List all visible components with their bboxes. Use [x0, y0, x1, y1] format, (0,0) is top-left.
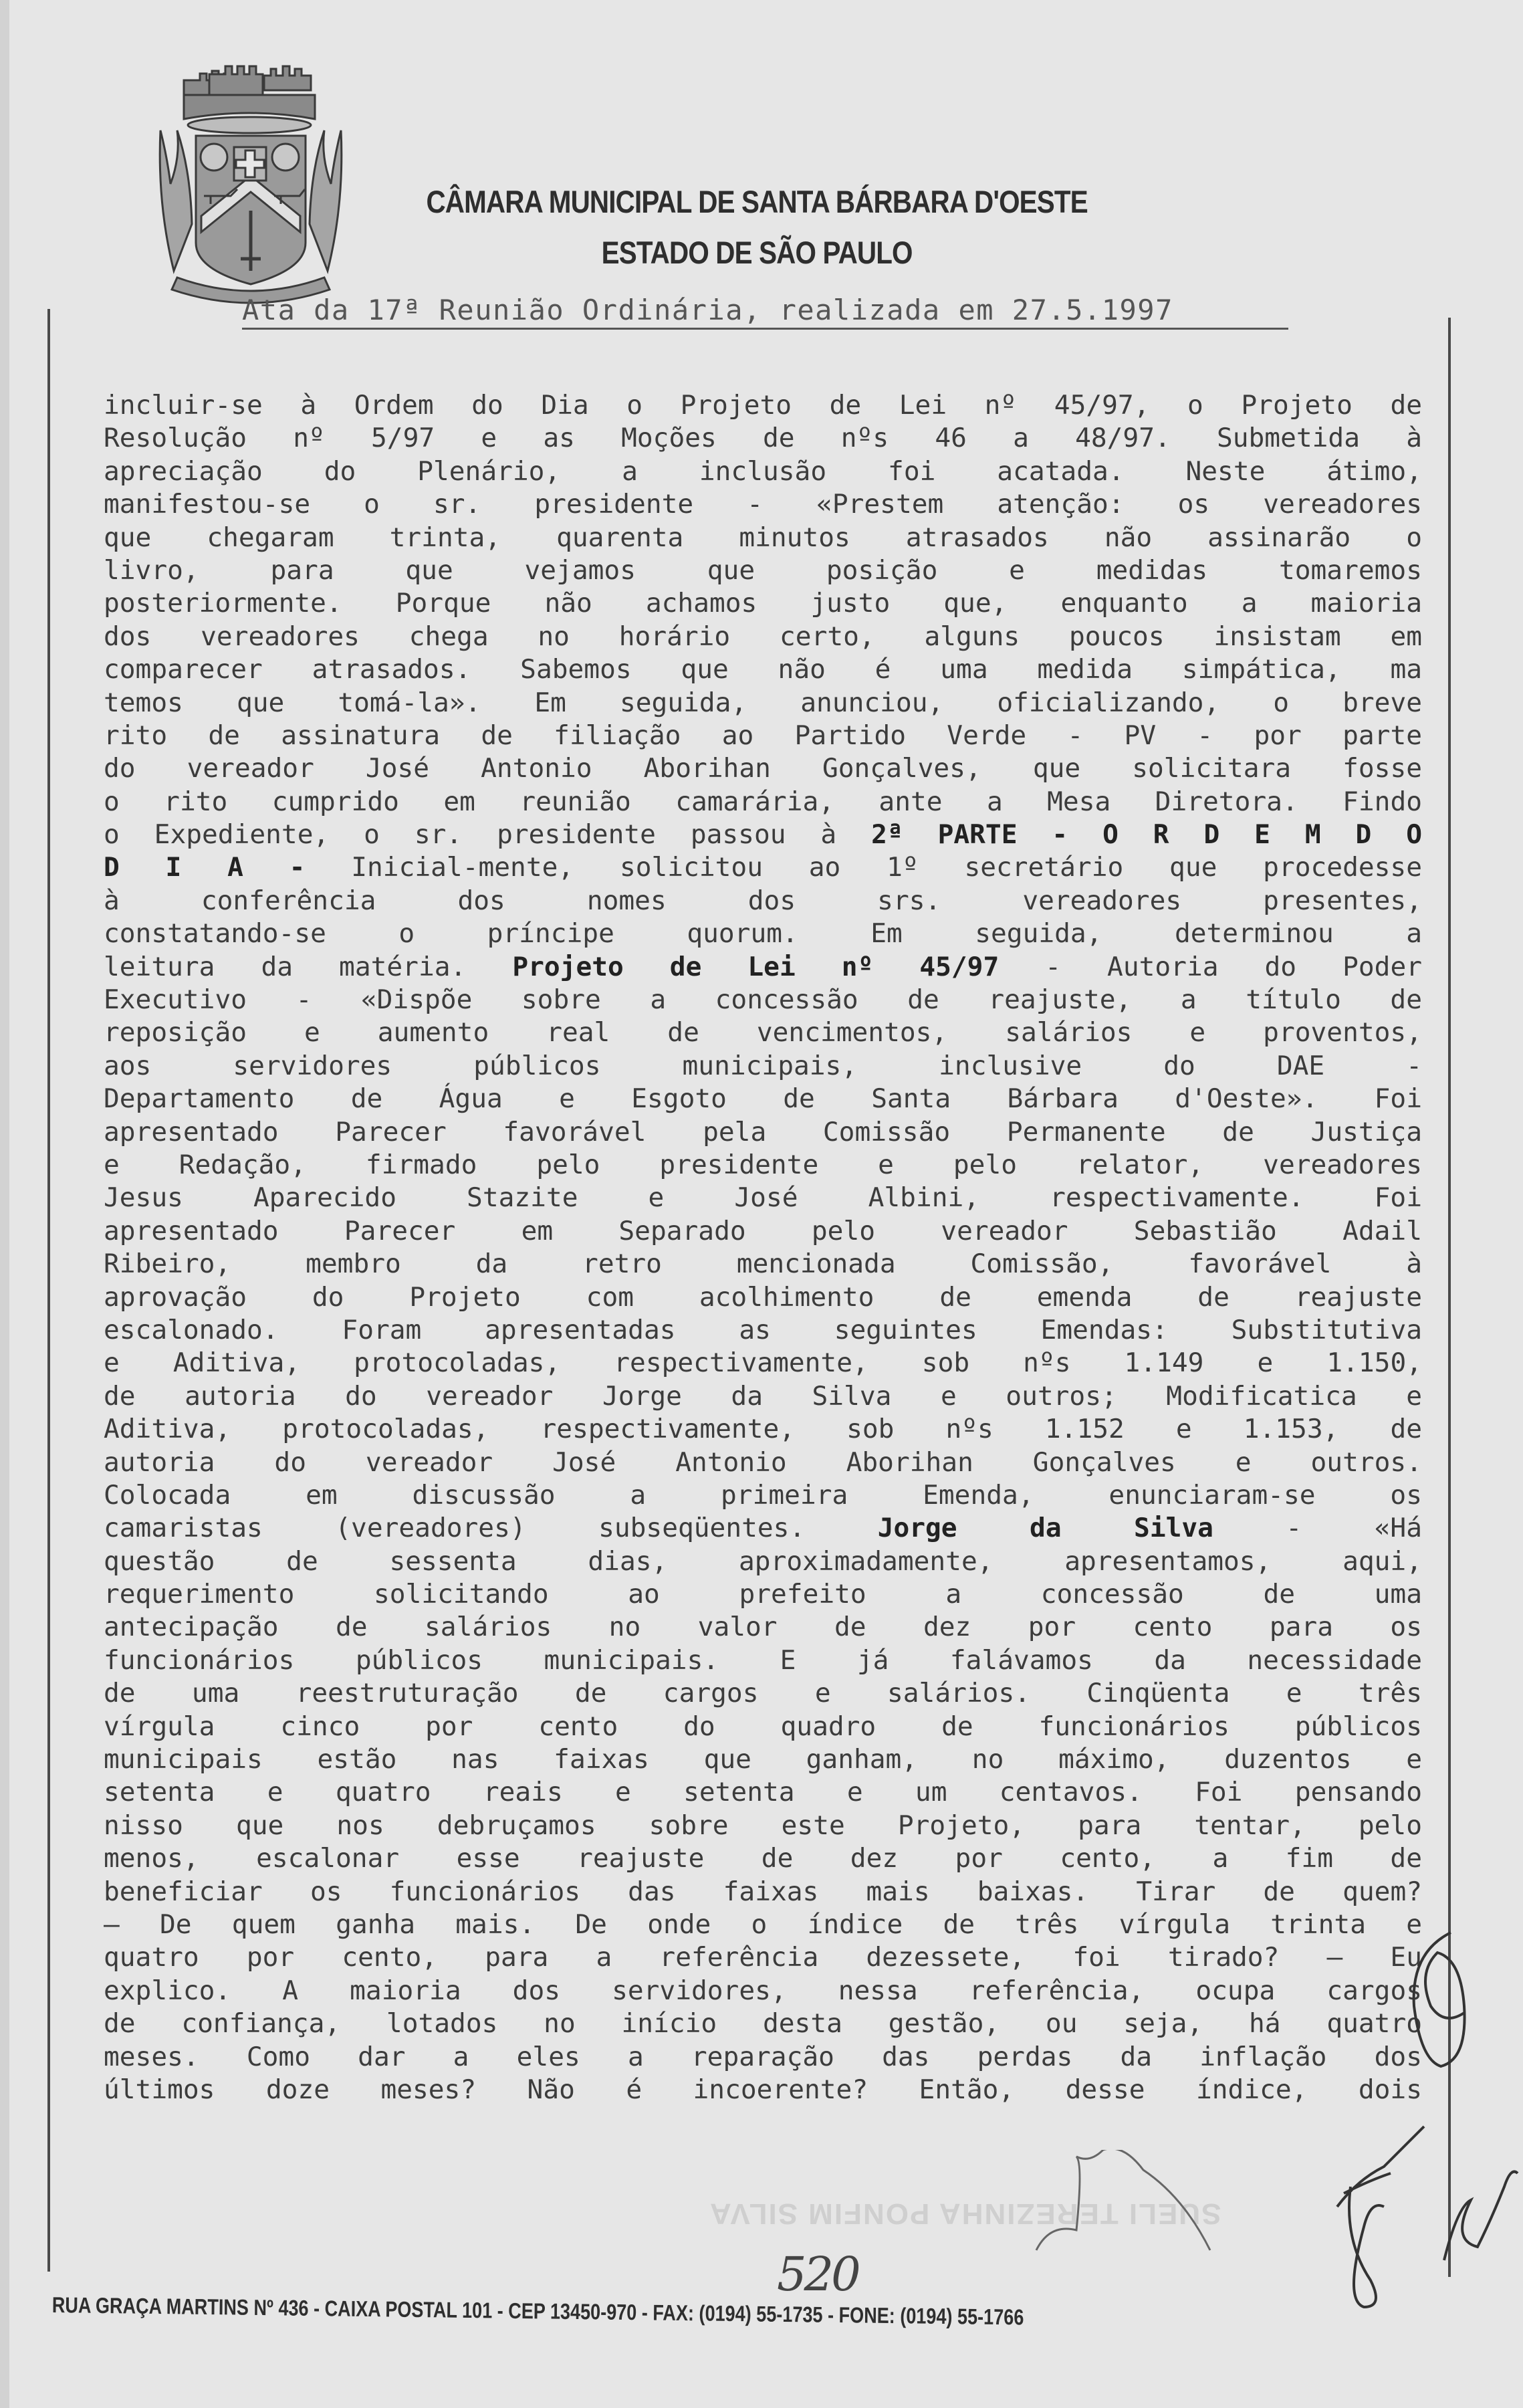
- body-line: que chegaram trinta, quarenta minutos at…: [104, 522, 1422, 554]
- body-line: nisso que nos debruçamos sobre este Proj…: [104, 1810, 1422, 1842]
- body-line: quatro por cento, para a referência deze…: [104, 1941, 1422, 1974]
- body-line: temos que tomá-la». Em seguida, anunciou…: [104, 687, 1422, 720]
- body-line: dos vereadores chega no horário certo, a…: [104, 621, 1422, 653]
- body-line: requerimento solicitando ao prefeito a c…: [104, 1578, 1422, 1611]
- body-line: Colocada em discussão a primeira Emenda,…: [104, 1479, 1422, 1512]
- body-line: vírgula cinco por cento do quadro de fun…: [104, 1711, 1422, 1743]
- signature-line-icon: [1030, 2150, 1284, 2264]
- body-line: últimos doze meses? Não é incoerente? En…: [104, 2074, 1422, 2106]
- institution-name: CÂMARA MUNICIPAL DE SANTA BÁRBARA D'OEST…: [102, 183, 1412, 220]
- body-line: livro, para que vejamos que posição e me…: [104, 554, 1422, 587]
- body-line: escalonado. Foram apresentadas as seguin…: [104, 1314, 1422, 1347]
- body-line: setenta e quatro reais e setenta e um ce…: [104, 1776, 1422, 1809]
- body-line: D I A - Inicial-mente, solicitou ao 1º s…: [104, 851, 1422, 884]
- body-line: aprovação do Projeto com acolhimento de …: [104, 1281, 1422, 1314]
- body-line: rito de assinatura de filiação ao Partid…: [104, 720, 1422, 752]
- body-line: autoria do vereador José Antonio Aboriha…: [104, 1446, 1422, 1479]
- body-line: comparecer atrasados. Sabemos que não é …: [104, 653, 1422, 686]
- signature-initials-icon: [1404, 1926, 1478, 2080]
- body-line: municipais estão nas faixas que ganham, …: [104, 1743, 1422, 1776]
- body-line: questão de sessenta dias, aproximadament…: [104, 1545, 1422, 1578]
- body-line: camaristas (vereadores) subseqüentes. Jo…: [104, 1512, 1422, 1545]
- bold-heading: D I A -: [104, 852, 305, 883]
- body-line: aos servidores públicos municipais, incl…: [104, 1050, 1422, 1083]
- body-line: apresentado Parecer em Separado pelo ver…: [104, 1215, 1422, 1248]
- body-line: posteriormente. Porque não achamos justo…: [104, 587, 1422, 620]
- body-line: Aditiva, protocoladas, respectivamente, …: [104, 1413, 1422, 1446]
- body-line: do vereador José Antonio Aborihan Gonçal…: [104, 752, 1422, 785]
- body-line: o rito cumprido em reunião camarária, an…: [104, 786, 1422, 818]
- body-line: leitura da matéria. Projeto de Lei nº 45…: [104, 951, 1422, 984]
- bold-heading: 2ª PARTE - O R D E M D O: [871, 819, 1422, 850]
- bold-heading: Jorge da Silva: [878, 1513, 1213, 1543]
- body-line: Executivo - «Dispõe sobre a concessão de…: [104, 984, 1422, 1016]
- minutes-body: incluir-se à Ordem do Dia o Projeto de L…: [104, 389, 1422, 2106]
- body-line: — De quem ganha mais. De onde o índice d…: [104, 1908, 1422, 1941]
- body-line: e Redação, firmado pelo presidente e pel…: [104, 1149, 1422, 1182]
- body-line: Ribeiro, membro da retro mencionada Comi…: [104, 1248, 1422, 1281]
- body-line: explico. A maioria dos servidores, nessa…: [104, 1975, 1422, 2007]
- state-name: ESTADO DE SÃO PAULO: [102, 234, 1412, 271]
- page-frame-left-rule: [47, 309, 50, 2272]
- body-line: manifestou-se o sr. presidente - «Preste…: [104, 488, 1422, 521]
- body-line: incluir-se à Ordem do Dia o Projeto de L…: [104, 389, 1422, 422]
- body-line: apresentado Parecer favorável pela Comis…: [104, 1116, 1422, 1149]
- body-line: menos, escalonar esse reajuste de dez po…: [104, 1842, 1422, 1875]
- body-line: beneficiar os funcionários das faixas ma…: [104, 1876, 1422, 1908]
- body-line: de confiança, lotados no início desta ge…: [104, 2007, 1422, 2040]
- signature-scribble-icon: [1324, 2106, 1523, 2314]
- body-line: o Expediente, o sr. presidente passou à …: [104, 818, 1422, 851]
- scanned-page-edge: [0, 0, 9, 2408]
- minutes-title: Ata da 17ª Reunião Ordinária, realizada …: [242, 293, 1288, 330]
- body-line: de uma reestruturação de cargos e salári…: [104, 1677, 1422, 1710]
- body-line: funcionários públicos municipais. E já f…: [104, 1644, 1422, 1677]
- body-line: reposição e aumento real de vencimentos,…: [104, 1016, 1422, 1049]
- body-line: de autoria do vereador Jorge da Silva e …: [104, 1380, 1422, 1413]
- body-line: e Aditiva, protocoladas, respectivamente…: [104, 1347, 1422, 1380]
- body-line: antecipação de salários no valor de dez …: [104, 1611, 1422, 1644]
- body-line: à conferência dos nomes dos srs. vereado…: [104, 885, 1422, 917]
- body-line: Jesus Aparecido Stazite e José Albini, r…: [104, 1182, 1422, 1214]
- bold-heading: Projeto de Lei nº 45/97: [512, 952, 999, 982]
- body-line: Departamento de Água e Esgoto de Santa B…: [104, 1083, 1422, 1115]
- page-number: 520: [777, 2247, 858, 2302]
- body-line: constatando-se o príncipe quorum. Em seg…: [104, 917, 1422, 950]
- footer-address: RUA GRAÇA MARTINS Nº 436 - CAIXA POSTAL …: [52, 2292, 1225, 2332]
- body-line: Resolução nº 5/97 e as Moções de nºs 46 …: [104, 422, 1422, 455]
- body-line: meses. Como dar a eles a reparação das p…: [104, 2041, 1422, 2074]
- body-line: apreciação do Plenário, a inclusão foi a…: [104, 455, 1422, 488]
